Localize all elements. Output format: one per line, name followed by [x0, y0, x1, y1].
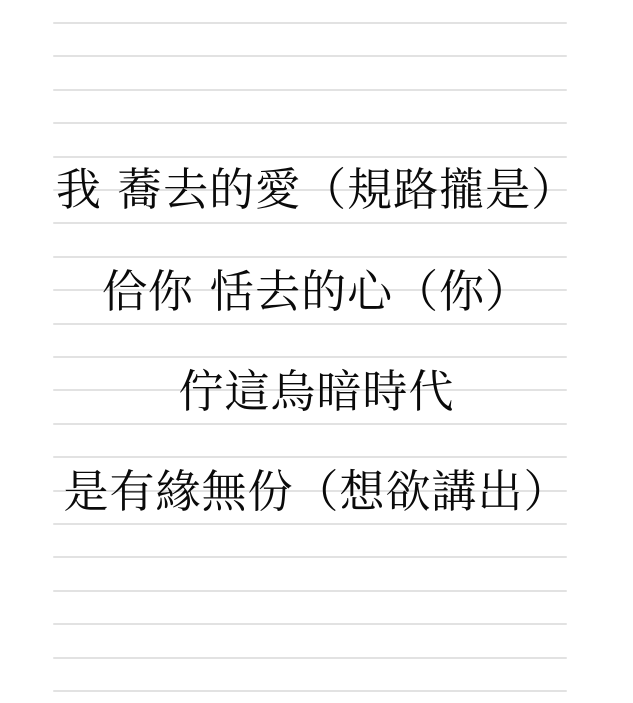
ruled-paper: 我 蕎去的愛（規路攏是） 佮你 恬去的心（你） 佇這烏暗時代 是有緣無份（想欲講… [0, 0, 633, 703]
lyric-line-3: 佇這烏暗時代 [0, 362, 633, 422]
lyric-line-4: 是有緣無份（想欲講出） [0, 462, 633, 522]
lyric-line-2: 佮你 恬去的心（你） [0, 262, 633, 322]
lyrics-block: 我 蕎去的愛（規路攏是） 佮你 恬去的心（你） 佇這烏暗時代 是有緣無份（想欲講… [0, 0, 633, 703]
lyric-line-1: 我 蕎去的愛（規路攏是） [0, 160, 633, 220]
